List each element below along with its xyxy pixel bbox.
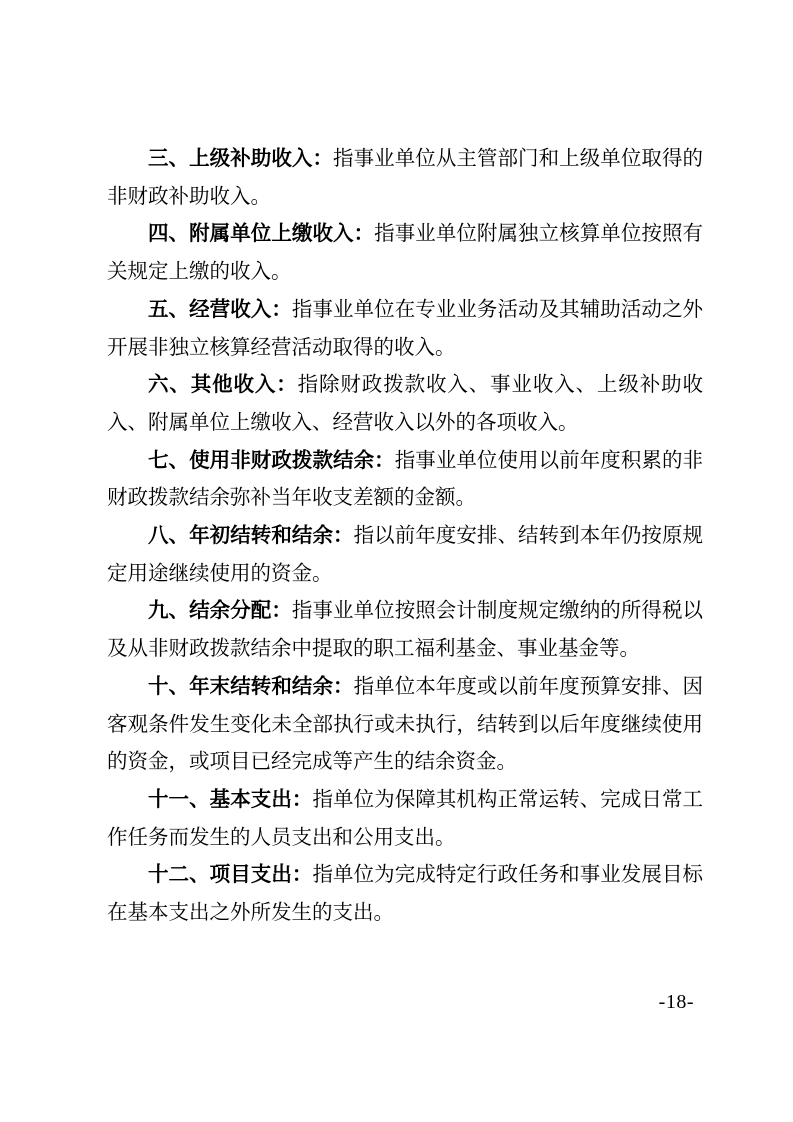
definition-paragraph-surplus-distribution: 九、结余分配：指事业单位按照会计制度规定缴纳的所得税以及从非财政拨款结余中提取的… — [107, 593, 703, 668]
term-label: 十一、基本支出： — [148, 789, 312, 811]
term-label: 十、年末结转和结余： — [148, 676, 354, 698]
term-label: 三、上级补助收入： — [148, 148, 333, 170]
term-label: 七、使用非财政拨款结余： — [148, 450, 395, 472]
page-number: -18- — [659, 990, 694, 1014]
definition-paragraph-basic-expenditure: 十一、基本支出：指单位为保障其机构正常运转、完成日常工作任务而发生的人员支出和公… — [107, 782, 703, 857]
definition-paragraph-other-income: 六、其他收入：指除财政拨款收入、事业收入、上级补助收入、附属单位上缴收入、经营收… — [107, 367, 703, 442]
document-body: 三、上级补助收入：指事业单位从主管部门和上级单位取得的非财政补助收入。 四、附属… — [107, 141, 703, 933]
definition-paragraph-superior-subsidy-income: 三、上级补助收入：指事业单位从主管部门和上级单位取得的非财政补助收入。 — [107, 141, 703, 216]
definition-paragraph-affiliated-unit-income: 四、附属单位上缴收入：指事业单位附属独立核算单位按照有关规定上缴的收入。 — [107, 216, 703, 291]
definition-paragraph-year-end-carryover: 十、年末结转和结余：指单位本年度或以前年度预算安排、因客观条件发生变化未全部执行… — [107, 669, 703, 782]
definition-paragraph-operating-income: 五、经营收入：指事业单位在专业业务活动及其辅助活动之外开展非独立核算经营活动取得… — [107, 292, 703, 367]
definition-paragraph-non-fiscal-carryover-use: 七、使用非财政拨款结余：指事业单位使用以前年度积累的非财政拨款结余弥补当年收支差… — [107, 443, 703, 518]
term-label: 五、经营收入： — [148, 299, 292, 321]
term-label: 九、结余分配： — [148, 600, 292, 622]
document-page: 三、上级补助收入：指事业单位从主管部门和上级单位取得的非财政补助收入。 四、附属… — [0, 0, 793, 1122]
term-label: 十二、项目支出： — [148, 864, 312, 886]
term-label: 四、附属单位上缴收入： — [148, 223, 374, 245]
definition-paragraph-project-expenditure: 十二、项目支出：指单位为完成特定行政任务和事业发展目标在基本支出之外所发生的支出… — [107, 857, 703, 932]
term-label: 六、其他收入： — [148, 374, 298, 396]
definition-paragraph-beginning-year-carryover: 八、年初结转和结余：指以前年度安排、结转到本年仍按原规定用途继续使用的资金。 — [107, 518, 703, 593]
term-label: 八、年初结转和结余： — [148, 525, 354, 547]
